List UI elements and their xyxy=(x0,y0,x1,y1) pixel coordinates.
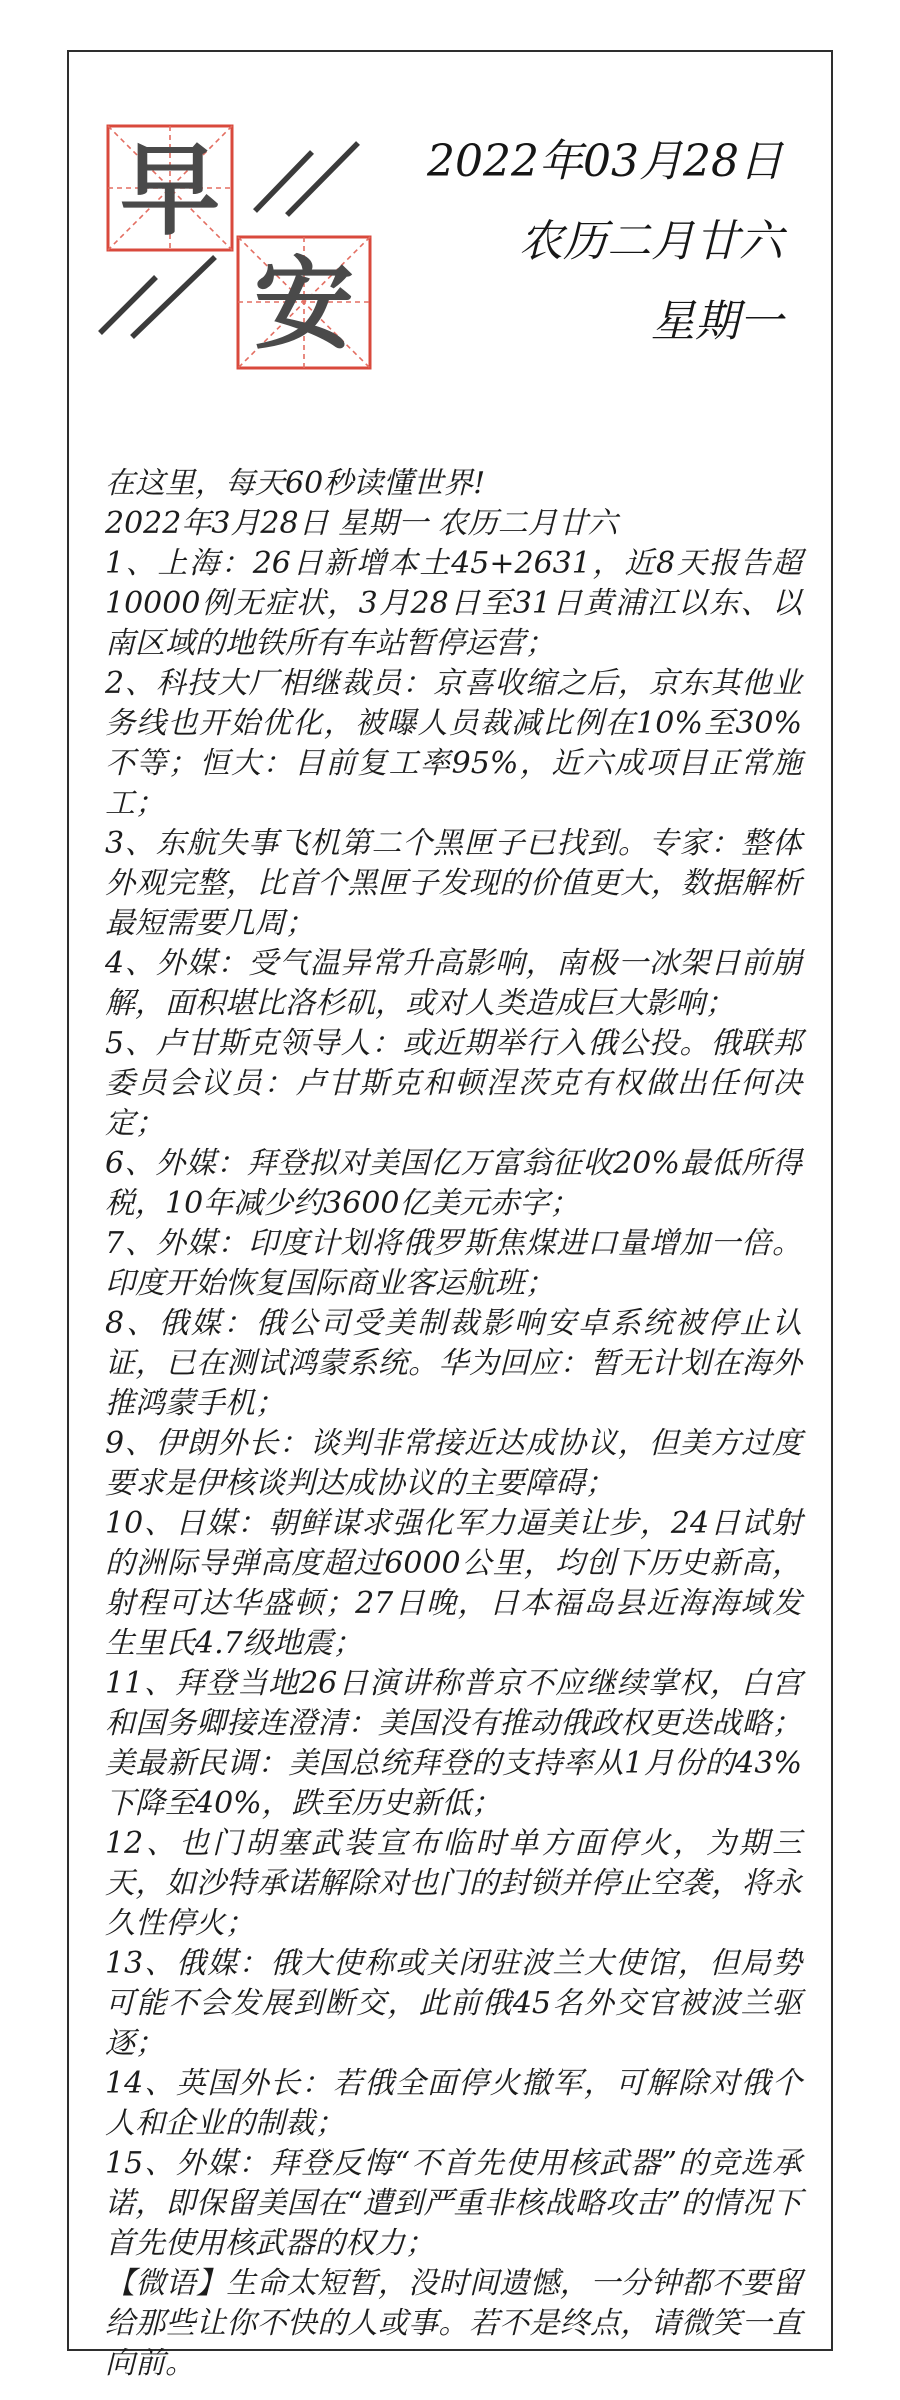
news-item: 6、外媒：拜登拟对美国亿万富翁征收20%最低所得税，10年减少约3600亿美元赤… xyxy=(105,1144,802,1224)
news-item: 8、俄媒：俄公司受美制裁影响安卓系统被停止认证，已在测试鸿蒙系统。华为回应：暂无… xyxy=(105,1304,802,1424)
news-item: 13、俄媒：俄大使称或关闭驻波兰大使馆，但局势可能不会发展到断交，此前俄45名外… xyxy=(105,1944,802,2064)
logo-char-an: 安 xyxy=(254,246,354,363)
lunar-date-line: 农历二月廿六 xyxy=(427,202,783,282)
news-item: 2、科技大厂相继裁员：京喜收缩之后，京东其他业务线也开始优化，被曝人员裁减比例在… xyxy=(105,664,802,824)
intro-line-2: 2022年3月28日 星期一 农历二月廿六 xyxy=(105,504,802,544)
news-item: 12、也门胡塞武装宣布临时单方面停火，为期三天，如沙特承诺解除对也门的封锁并停止… xyxy=(105,1824,802,1944)
date-block: 2022年03月28日 农历二月廿六 星期一 xyxy=(427,122,783,362)
logo-grid-box-an: 安 xyxy=(238,237,370,368)
news-item: 11、拜登当地26日演讲称普京不应继续掌权，白宫和国务卿接连澄清：美国没有推动俄… xyxy=(105,1664,802,1824)
news-body: 在这里，每天60秒读懂世界! 2022年3月28日 星期一 农历二月廿六 1、上… xyxy=(105,464,802,2384)
news-item: 9、伊朗外长：谈判非常接近达成协议，但美方过度要求是伊核谈判达成协议的主要障碍； xyxy=(105,1424,802,1504)
news-item: 3、东航失事飞机第二个黑匣子已找到。专家：整体外观完整，比首个黑匣子发现的价值更… xyxy=(105,824,802,944)
morning-logo: 早 安 xyxy=(90,105,390,385)
weiyu-quote: 【微语】生命太短暂，没时间遗憾，一分钟都不要留给那些让你不快的人或事。若不是终点… xyxy=(105,2264,802,2384)
logo-char-zao: 早 xyxy=(120,132,220,249)
slash-marks-top-icon xyxy=(255,143,358,215)
weekday-line: 星期一 xyxy=(427,282,783,362)
date-line: 2022年03月28日 xyxy=(427,122,783,202)
news-item: 10、日媒：朝鲜谋求强化军力逼美让步，24日试射的洲际导弹高度超过6000公里，… xyxy=(105,1504,802,1664)
logo-grid-box-zao: 早 xyxy=(108,126,232,250)
slash-marks-bottom-icon xyxy=(100,257,215,337)
news-item: 5、卢甘斯克领导人：或近期举行入俄公投。俄联邦委员会议员：卢甘斯克和顿涅茨克有权… xyxy=(105,1024,802,1144)
morning-news-poster: 早 安 2022年03月28日 农历二月廿六 星期一 在 xyxy=(0,0,900,2400)
news-item: 7、外媒：印度计划将俄罗斯焦煤进口量增加一倍。印度开始恢复国际商业客运航班； xyxy=(105,1224,802,1304)
news-item: 1、上海：26日新增本土45+2631，近8天报告超10000例无症状，3月28… xyxy=(105,544,802,664)
news-item: 15、外媒：拜登反悔“不首先使用核武器”的竞选承诺，即保留美国在“遭到严重非核战… xyxy=(105,2144,802,2264)
intro-line-1: 在这里，每天60秒读懂世界! xyxy=(105,464,802,504)
news-item: 14、英国外长：若俄全面停火撤军，可解除对俄个人和企业的制裁； xyxy=(105,2064,802,2144)
news-item: 4、外媒：受气温异常升高影响，南极一冰架日前崩解，面积堪比洛杉矶，或对人类造成巨… xyxy=(105,944,802,1024)
